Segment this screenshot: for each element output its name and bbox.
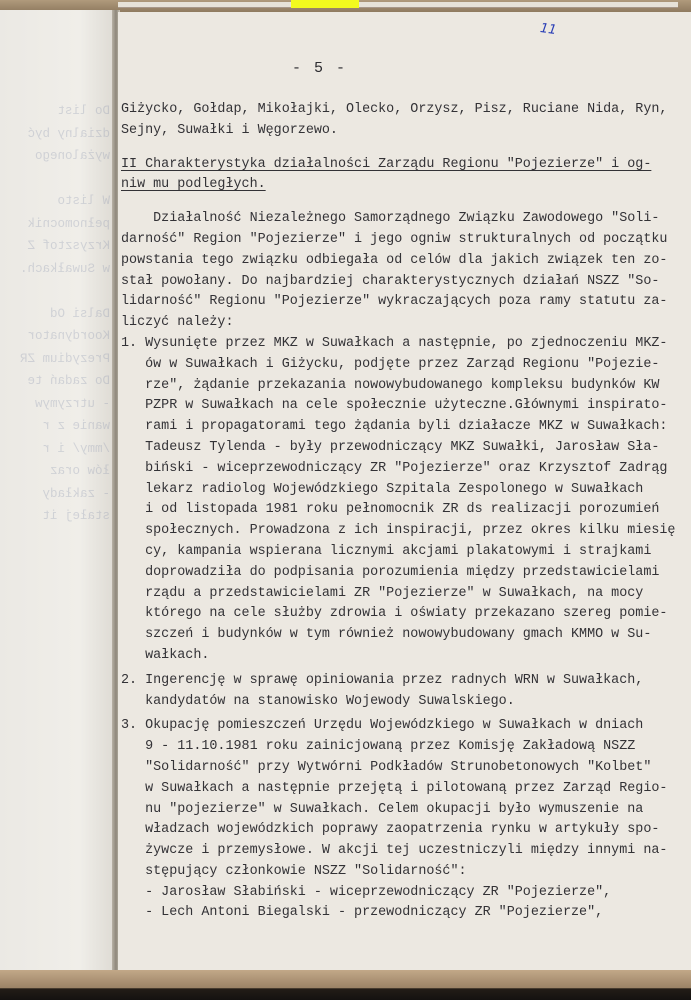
text-line: w Suwałkach a następnie przejętą i pilot… [121, 779, 687, 800]
text-line: 9 - 11.10.1981 roku zainicjowaną przez K… [121, 737, 687, 758]
text-line: stępujący członkowie NSZZ "Solidarność": [121, 862, 687, 883]
text-line: - Lech Antoni Biegalski - przewodniczący… [121, 903, 687, 924]
text-line: szczeń i budynków w tym również nowowybu… [121, 625, 687, 646]
text-line: doprowadziła do podpisania porozumienia … [121, 563, 687, 584]
text-line: ów w Suwałkach i Giżycku, podjęte przez … [121, 355, 687, 376]
text-line: lekarz radiolog Wojewódzkiego Szpitala Z… [121, 480, 687, 501]
text-line: nu "pojezierze" w Suwałkach. Celem okupa… [121, 800, 687, 821]
body-paragraph: Działalność Niezależnego Samorządnego Zw… [121, 209, 687, 334]
text-line: stał powołany. Do najbardziej charaktery… [121, 272, 687, 293]
text-line: którego na cele służby zdrowia i oświaty… [121, 604, 687, 625]
handwritten-page-mark: 11 [539, 21, 557, 38]
text-line: Tadeusz Tylenda - były przewodniczący MK… [121, 438, 687, 459]
text-line: kandydatów na stanowisko Wojewody Suwals… [121, 692, 687, 713]
left-facing-page: Do list dzialny być wyżalonego W listo p… [0, 10, 114, 982]
numbered-list: 1. Wysunięte przez MKZ w Suwałkach a nas… [121, 334, 687, 924]
page-number: - 5 - [292, 60, 347, 77]
text-line: PZPR w Suwałkach na cele społecznie użyt… [121, 396, 687, 417]
list-item: 1. Wysunięte przez MKZ w Suwałkach a nas… [121, 334, 687, 667]
text-line: i od listopada 1981 roku pełnomocnik ZR … [121, 500, 687, 521]
text-line: rze", żądanie przekazania nowowybudowane… [121, 376, 687, 397]
bottom-book-edge [0, 970, 691, 1000]
text-line: lidarność" Regionu "Pojezierze" wykracza… [121, 292, 687, 313]
text-line: rami i propagatorami tego żądania byli d… [121, 417, 687, 438]
bleed-through-text: Do list dzialny być wyżalonego W listo p… [10, 100, 110, 528]
text-line: wałkach. [121, 646, 687, 667]
section-heading: II Charakterystyka działalności Zarządu … [121, 155, 687, 197]
yellow-sticky-flag [291, 0, 359, 8]
document-body: Giżycko, Gołdap, Mikołajki, Olecko, Orzy… [121, 100, 687, 924]
list-item: 2. Ingerencję w sprawę opiniowania przez… [121, 671, 687, 713]
stacked-page-edge [118, 2, 678, 8]
text-line: darność" Region "Pojezierze" i jego ogni… [121, 230, 687, 251]
text-line: 3. Okupację pomieszczeń Urzędu Wojewódzk… [121, 716, 687, 737]
text-line: liczyć należy: [121, 313, 687, 334]
text-line: żywcze i przemysłowe. W akcji tej uczest… [121, 841, 687, 862]
text-line: rządu a przedstawicielami ZR "Pojezierze… [121, 584, 687, 605]
text-line: biński - wiceprzewodniczący ZR "Pojezier… [121, 459, 687, 480]
intro-paragraph: Giżycko, Gołdap, Mikołajki, Olecko, Orzy… [121, 100, 687, 142]
list-item: 3. Okupację pomieszczeń Urzędu Wojewódzk… [121, 716, 687, 924]
text-line: powstania tego związku odbiegała od celó… [121, 251, 687, 272]
heading-line: niw mu podległych. [121, 175, 687, 196]
text-line: Działalność Niezależnego Samorządnego Zw… [121, 209, 687, 230]
text-line: 1. Wysunięte przez MKZ w Suwałkach a nas… [121, 334, 687, 355]
text-line: władzach wojewódzkich poprawy zaopatrzen… [121, 820, 687, 841]
text-line: cy, kampania wspierana licznymi akcjami … [121, 542, 687, 563]
text-line: - Jarosław Słabiński - wiceprzewodnicząc… [121, 883, 687, 904]
text-line: 2. Ingerencję w sprawę opiniowania przez… [121, 671, 687, 692]
text-line: Giżycko, Gołdap, Mikołajki, Olecko, Orzy… [121, 100, 687, 121]
heading-line: II Charakterystyka działalności Zarządu … [121, 155, 687, 176]
text-line: społecznych. Prowadzona z ich inspiracji… [121, 521, 687, 542]
text-line: "Solidarność" przy Wytwórni Podkładów St… [121, 758, 687, 779]
text-line: Sejny, Suwałki i Węgorzewo. [121, 121, 687, 142]
